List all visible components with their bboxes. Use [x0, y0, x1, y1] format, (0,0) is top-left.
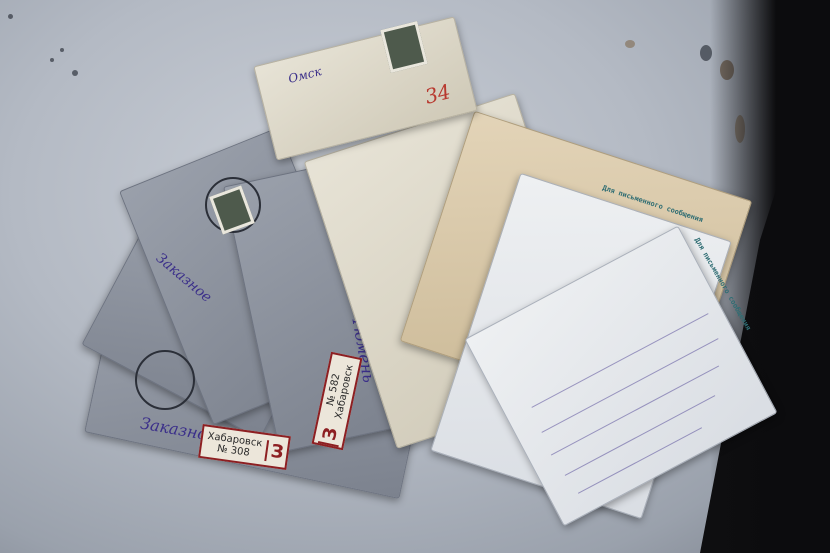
postmark	[135, 350, 195, 410]
photo-scene: Заказное Тюмень Заказное З Хабаровск № 3…	[0, 0, 830, 553]
dark-background	[710, 0, 830, 553]
